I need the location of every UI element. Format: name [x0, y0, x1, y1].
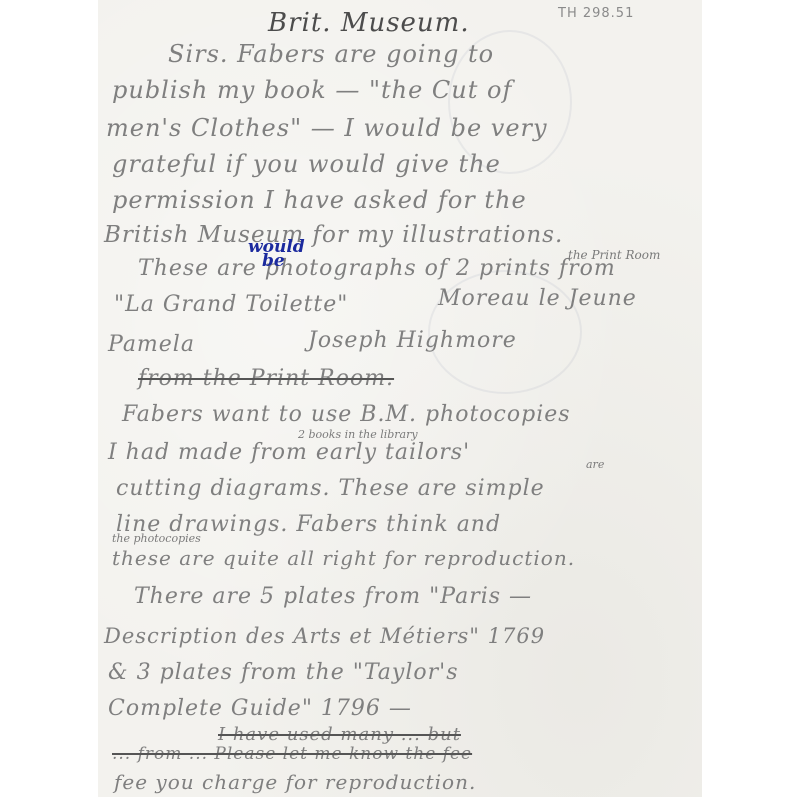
letter-line-12: cutting diagrams. These are simple: [116, 476, 545, 501]
insert-print-room: the Print Room: [568, 248, 660, 262]
letter-line-16: Description des Arts et Métiers" 1769: [104, 624, 545, 648]
scanned-letter-page: Brit. Museum. TH 298.51 Sirs. Fabers are…: [98, 0, 702, 797]
letter-line-8: "La Grand Toilette": [114, 292, 348, 317]
letter-line-1: Sirs. Fabers are going to: [168, 40, 494, 68]
ink-insert-would-be: would be: [248, 240, 305, 268]
letter-line-17: & 3 plates from the "Taylor's: [108, 660, 459, 685]
letter-line-9: Pamela: [108, 332, 195, 357]
letter-heading: Brit. Museum.: [268, 8, 470, 38]
letter-line-11: I had made from early tailors': [108, 440, 470, 465]
note-are: are: [586, 458, 604, 471]
archive-reference: TH 298.51: [558, 6, 634, 21]
letter-line-3: men's Clothes" — I would be very: [106, 114, 548, 142]
insert-highmore: Joseph Highmore: [308, 328, 517, 353]
letter-line-14: these are quite all right for reproducti…: [112, 546, 575, 570]
letter-line-2: publish my book — "the Cut of: [112, 76, 512, 104]
struck-line-print-room: from the Print Room.: [138, 366, 394, 391]
letter-line-final: fee you charge for reproduction.: [114, 770, 476, 794]
ink-insert-word2: be: [262, 251, 285, 271]
struck-line-please-let: ... from ... Please let me know the fee: [112, 744, 472, 764]
letter-line-15: There are 5 plates from "Paris —: [134, 584, 532, 609]
insert-moreau: Moreau le Jeune: [438, 286, 637, 311]
note-the-photocopies: the photocopies: [112, 532, 201, 545]
letter-line-10: Fabers want to use B.M. photocopies: [122, 402, 571, 427]
letter-line-7: These are photographs of 2 prints from: [138, 256, 616, 281]
letter-line-18: Complete Guide" 1796 —: [108, 696, 412, 721]
letter-line-6: British Museum for my illustrations.: [104, 222, 563, 248]
letter-line-5: permission I have asked for the: [112, 186, 527, 214]
letter-line-4: grateful if you would give the: [112, 150, 501, 178]
struck-line-used-many: I have used many ... but: [218, 724, 461, 745]
